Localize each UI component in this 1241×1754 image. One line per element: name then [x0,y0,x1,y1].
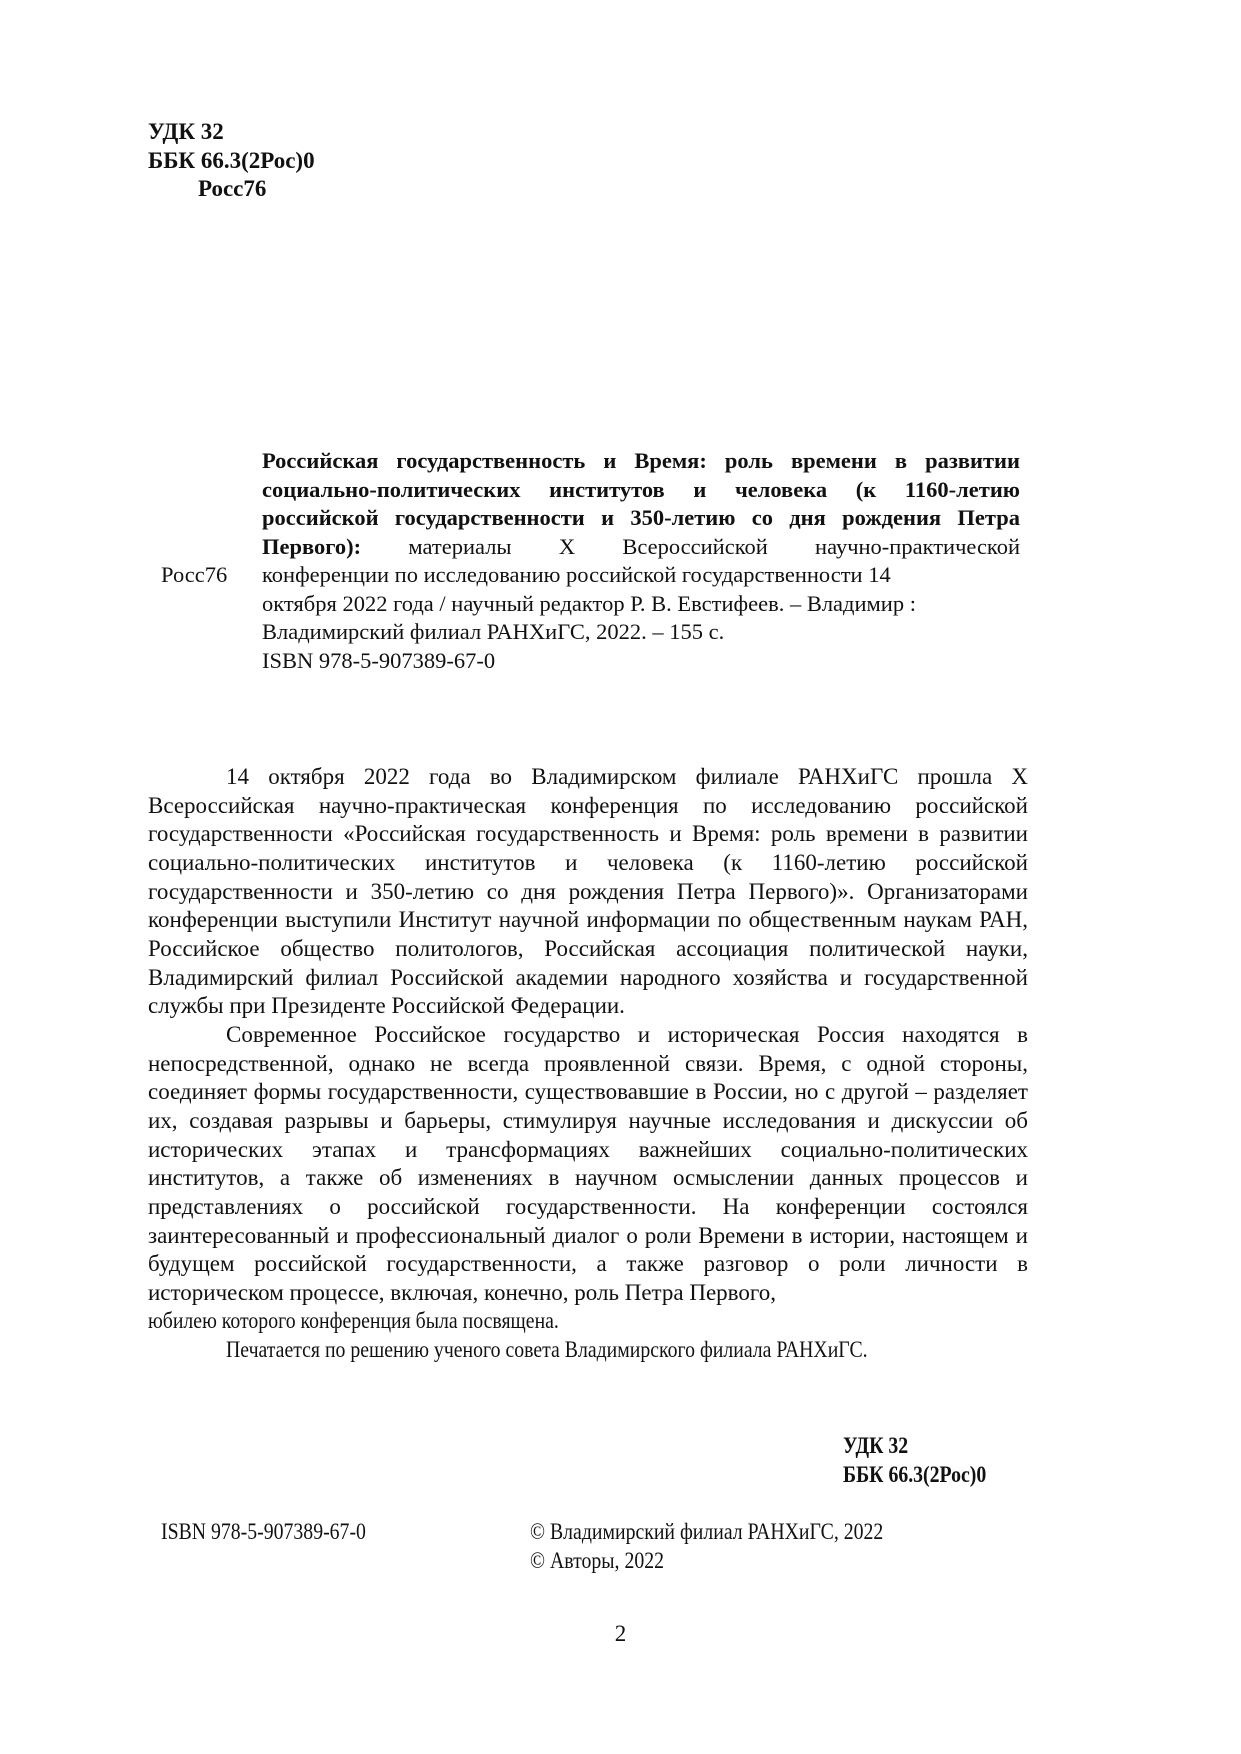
page-number: 2 [0,1620,1241,1648]
publication-approval: Печатается по решению ученого совета Вла… [226,1336,868,1365]
copyright-block: © Владимирский филиал РАНХиГС, 2022 © Ав… [530,1517,941,1575]
title-line-mixed: Первого): материалы X Всероссийской науч… [262,533,1020,562]
title-line: Российская государственность и Время: ро… [262,447,1020,476]
title-end: Первого): [262,534,361,559]
copyright-authors: © Авторы, 2022 [530,1546,883,1575]
record-subtitle: материалы X Всероссийской научно-практич… [408,534,1020,559]
isbn: ISBN 978-5-907389-67-0 [161,1517,399,1546]
bibliographic-record: Российская государственность и Время: ро… [262,447,1020,675]
title-line: социально-политических институтов и чело… [262,476,1020,505]
isbn-number: ISBN 978-5-907389-67-0 [161,1517,366,1546]
bbk-code: ББК 66.3(2Рос)0 [148,147,315,176]
udk-code: УДК 32 [843,1431,986,1460]
annotation-paragraph: 14 октября 2022 года во Владимирском фил… [148,763,1028,1021]
annotation-paragraph: Современное Российское государство и ист… [148,1021,1028,1308]
annotation-paragraph-end: юбилею которого конференция была посвяще… [148,1307,559,1336]
record-line: Владимирский филиал РАНХиГС, 2022. – 155… [262,618,1020,647]
udk-code: УДК 32 [148,118,315,147]
classification-footer: УДК 32 ББК 66.3(2Рос)0 [843,1431,1010,1489]
record-isbn: ISBN 978-5-907389-67-0 [262,647,1020,676]
bbk-code: ББК 66.3(2Рос)0 [843,1460,986,1489]
biblio-author-mark: Росс76 [161,561,227,590]
classification-header: УДК 32 ББК 66.3(2Рос)0 Росс76 [148,118,315,204]
title-line: российской государственности и 350-летию… [262,504,1020,533]
copyright-publisher: © Владимирский филиал РАНХиГС, 2022 [530,1517,883,1546]
author-mark: Росс76 [148,175,315,204]
annotation: 14 октября 2022 года во Владимирском фил… [148,763,1028,1365]
record-line: октября 2022 года / научный редактор Р. … [262,590,1020,619]
record-line: конференции по исследованию российской г… [262,561,1020,590]
